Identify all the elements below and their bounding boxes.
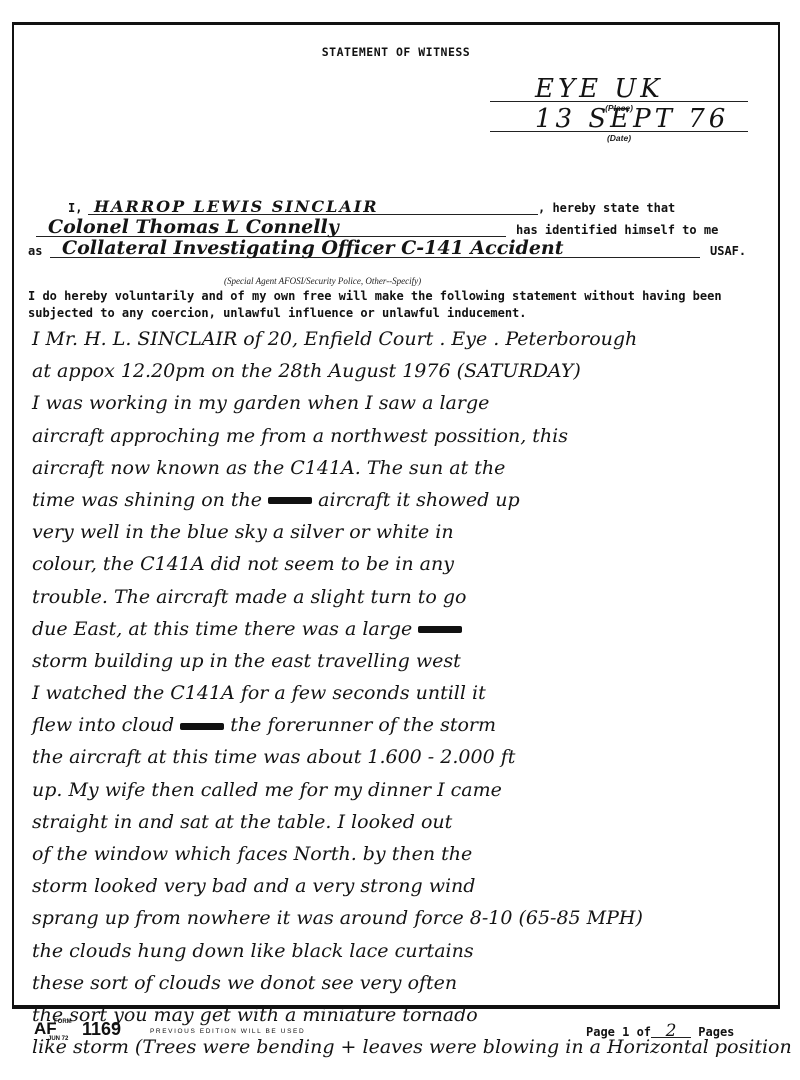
page-indicator: Page 1 of2 Pages [586,1025,734,1039]
place-date-block: EYE UK (Place) 13 SEPT 76 (Date) [490,75,748,143]
prefix-label: I, [68,201,82,215]
form-id: AF FORM JUN 72 1169 [34,1019,57,1039]
officer-role-value: Collateral Investigating Officer C-141 A… [62,237,564,259]
statement-line: these sort of clouds we donot see very o… [32,967,777,999]
as-label: as [28,244,42,258]
witness-statement-form: STATEMENT OF WITNESS EYE UK (Place) 13 S… [12,22,780,1009]
statement-line: the aircraft at this time was about 1.60… [32,741,777,773]
pages-suffix: Pages [698,1025,734,1039]
redaction-mark [180,723,224,730]
statement-line: aircraft now known as the C141A. The sun… [32,452,777,484]
page-total: 2 [651,1025,691,1038]
redaction-mark [418,626,462,633]
page-label: Page 1 of [586,1025,651,1039]
officer-role-row: as Collateral Investigating Officer C-14… [28,238,748,260]
statement-body: I Mr. H. L. SINCLAIR of 20, Enfield Cour… [32,323,777,1063]
statement-line: up. My wife then called me for my dinner… [32,774,777,806]
officer-name-field: Colonel Thomas L Connelly [36,214,506,237]
statement-line: storm building up in the east travelling… [32,645,777,677]
statement-line: sprang up from nowhere it was around for… [32,902,777,934]
statement-line: colour, the C141A did not seem to be in … [32,548,777,580]
form-title: STATEMENT OF WITNESS [14,45,778,59]
statement-line: of the window which faces North. by then… [32,838,777,870]
statement-line: at appox 12.20pm on the 28th August 1976… [32,355,777,387]
officer-role-field: Collateral Investigating Officer C-141 A… [50,235,700,258]
form-word: FORM [54,1019,72,1025]
form-number: 1169 [82,1019,121,1040]
statement-line: I watched the C141A for a few seconds un… [32,677,777,709]
usaf-suffix: USAF. [710,244,746,258]
statement-line: straight in and sat at the table. I look… [32,806,777,838]
date-caption: (Date) [490,133,748,143]
witness-name-field: HARROP LEWIS SINCLAIR [88,192,538,215]
statement-line: I was working in my garden when I saw a … [32,387,777,419]
state-suffix: , hereby state that [538,201,675,215]
place-field: EYE UK [490,75,748,102]
statement-line: very well in the blue sky a silver or wh… [32,516,777,548]
statement-line: storm looked very bad and a very strong … [32,870,777,902]
redaction-mark [268,497,312,504]
statement-line: flew into cloud the forerunner of the st… [32,709,777,741]
date-field: 13 SEPT 76 [490,113,748,132]
statement-line: the clouds hung down like black lace cur… [32,935,777,967]
declaration-text: I do hereby voluntarily and of my own fr… [28,288,768,322]
place-value: EYE UK [535,74,664,104]
statement-line: I Mr. H. L. SINCLAIR of 20, Enfield Cour… [32,323,777,355]
edition-note: PREVIOUS EDITION WILL BE USED [150,1028,305,1035]
role-caption: (Special Agent AFOSI/Security Police, Ot… [224,276,421,286]
form-date: JUN 72 [48,1036,68,1042]
date-value: 13 SEPT 76 [535,104,729,134]
statement-line: time was shining on the aircraft it show… [32,484,777,516]
statement-line: aircraft approching me from a northwest … [32,420,777,452]
form-footer: AF FORM JUN 72 1169 PREVIOUS EDITION WIL… [0,1016,800,1056]
statement-line: due East, at this time there was a large [32,613,777,645]
statement-line: trouble. The aircraft made a slight turn… [32,581,777,613]
